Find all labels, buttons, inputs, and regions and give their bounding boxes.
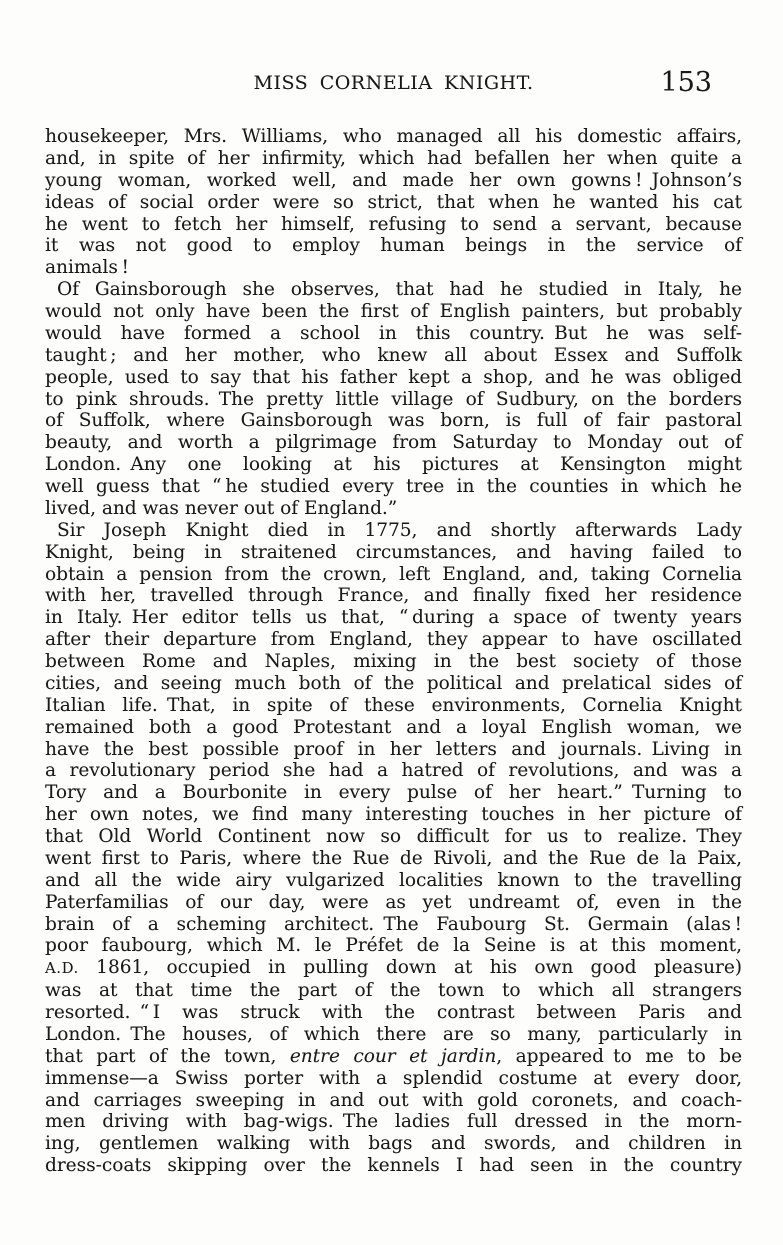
text-segment: that Old World Continent now so difficul… (45, 826, 742, 847)
text-segment: he went to fetch her himself, refusing t… (45, 214, 742, 235)
text-line: taught ; and her mother, who knew all ab… (45, 345, 742, 367)
text-segment: a revolutionary period she had a hatred … (45, 760, 742, 781)
text-segment: , appeared to me to be (496, 1046, 742, 1067)
text-line: animals ! (45, 257, 742, 279)
text-line: Paterfamilias of our day, were as yet un… (45, 892, 742, 914)
text-segment: taught ; and her mother, who knew all ab… (45, 345, 742, 366)
text-line: poor faubourg, which M. le Préfet de la … (45, 935, 742, 957)
text-segment: resorted. “ I was struck with the contra… (45, 1002, 742, 1023)
text-line: Sir Joseph Knight died in 1775, and shor… (45, 520, 742, 542)
text-line: after their departure from England, they… (45, 629, 742, 651)
text-segment: obtain a pension from the crown, left En… (45, 564, 742, 585)
text-line: young woman, worked well, and made her o… (45, 170, 742, 192)
text-segment: and all the wide airy vulgarized localit… (45, 870, 742, 891)
text-line: would not only have been the first of En… (45, 301, 742, 323)
text-line: in Italy. Her editor tells us that, “ du… (45, 607, 742, 629)
text-line: her own notes, we find many interesting … (45, 804, 742, 826)
text-line: lived, and was never out of England.” (45, 498, 742, 520)
text-segment: of Suffolk, where Gainsborough was born,… (45, 410, 742, 431)
text-segment: young woman, worked well, and made her o… (45, 170, 742, 191)
text-segment: in Italy. Her editor tells us that, “ du… (45, 607, 742, 628)
text-segment: 1861, occupied in pulling down at his ow… (79, 957, 742, 978)
text-segment: London. Any one looking at his pictures … (45, 454, 742, 475)
text-line: obtain a pension from the crown, left En… (45, 564, 742, 586)
page-text: housekeeper, Mrs. Williams, who managed … (45, 126, 742, 1177)
small-caps-abbreviation: A.D. (45, 960, 79, 977)
text-segment: between Rome and Naples, mixing in the b… (45, 651, 742, 672)
text-line: remained both a good Protestant and a lo… (45, 717, 742, 739)
text-segment: would have formed a school in this count… (45, 323, 742, 344)
text-line: resorted. “ I was struck with the contra… (45, 1002, 742, 1024)
text-line: he went to fetch her himself, refusing t… (45, 214, 742, 236)
text-line: brain of a scheming architect. The Faubo… (45, 914, 742, 936)
text-segment: Sir Joseph Knight died in 1775, and shor… (57, 520, 742, 541)
text-line: it was not good to employ human beings i… (45, 235, 742, 257)
text-line: was at that time the part of the town to… (45, 980, 742, 1002)
paragraph: housekeeper, Mrs. Williams, who managed … (45, 126, 742, 279)
text-segment: after their departure from England, they… (45, 629, 742, 650)
text-segment: Tory and a Bourbonite in every pulse of … (45, 782, 742, 803)
text-line: London. The houses, of which there are s… (45, 1024, 742, 1046)
text-segment: it was not good to employ human beings i… (45, 235, 742, 256)
text-line: would have formed a school in this count… (45, 323, 742, 345)
text-segment: would not only have been the first of En… (45, 301, 742, 322)
text-segment: cities, and seeing much both of the poli… (45, 673, 742, 694)
text-segment: was at that time the part of the town to… (45, 980, 742, 1001)
text-segment: and, in spite of her infirmity, which ha… (45, 148, 742, 169)
text-line: between Rome and Naples, mixing in the b… (45, 651, 742, 673)
text-segment: Of Gainsborough she observes, that had h… (57, 279, 742, 300)
text-segment: poor faubourg, which M. le Préfet de la … (45, 935, 742, 956)
text-segment: Paterfamilias of our day, were as yet un… (45, 892, 742, 913)
text-line: with her, travelled through France, and … (45, 585, 742, 607)
text-segment: to pink shrouds. The pretty little villa… (45, 389, 742, 410)
book-page: MISS CORNELIA KNIGHT. 153 housekeeper, M… (0, 0, 783, 1245)
text-line: have the best possible proof in her lett… (45, 739, 742, 761)
text-line: and carriages sweeping in and out with g… (45, 1090, 742, 1112)
paragraph: Sir Joseph Knight died in 1775, and shor… (45, 520, 742, 1177)
text-segment: well guess that “ he studied every tree … (45, 476, 742, 497)
text-line: and all the wide airy vulgarized localit… (45, 870, 742, 892)
text-segment: ing, gentlemen walking with bags and swo… (45, 1133, 742, 1154)
text-line: Of Gainsborough she observes, that had h… (45, 279, 742, 301)
text-segment: housekeeper, Mrs. Williams, who managed … (45, 126, 742, 147)
text-line: London. Any one looking at his pictures … (45, 454, 742, 476)
text-line: went first to Paris, where the Rue de Ri… (45, 848, 742, 870)
text-line: A.D. 1861, occupied in pulling down at h… (45, 957, 742, 980)
text-line: a revolutionary period she had a hatred … (45, 760, 742, 782)
text-segment: beauty, and worth a pilgrimage from Satu… (45, 432, 742, 453)
text-line: dress-coats skipping over the kennels I … (45, 1155, 742, 1177)
text-segment: ideas of social order were so strict, th… (45, 192, 742, 213)
text-line: to pink shrouds. The pretty little villa… (45, 389, 742, 411)
text-segment: men driving with bag-wigs. The ladies fu… (45, 1111, 742, 1132)
text-line: of Suffolk, where Gainsborough was born,… (45, 410, 742, 432)
text-line: housekeeper, Mrs. Williams, who managed … (45, 126, 742, 148)
text-line: cities, and seeing much both of the poli… (45, 673, 742, 695)
text-segment: people, used to say that his father kept… (45, 367, 742, 388)
text-line: that part of the town, entre cour et jar… (45, 1046, 742, 1068)
text-segment: went first to Paris, where the Rue de Ri… (45, 848, 742, 869)
text-line: Italian life. That, in spite of these en… (45, 695, 742, 717)
paragraph: Of Gainsborough she observes, that had h… (45, 279, 742, 520)
text-line: immense—a Swiss porter with a splendid c… (45, 1068, 742, 1090)
text-line: men driving with bag-wigs. The ladies fu… (45, 1111, 742, 1133)
text-line: Tory and a Bourbonite in every pulse of … (45, 782, 742, 804)
page-number: 153 (660, 69, 712, 96)
text-line: people, used to say that his father kept… (45, 367, 742, 389)
text-segment: remained both a good Protestant and a lo… (45, 717, 742, 738)
text-segment: London. The houses, of which there are s… (45, 1024, 742, 1045)
text-segment: animals ! (45, 257, 129, 278)
text-line: beauty, and worth a pilgrimage from Satu… (45, 432, 742, 454)
text-line: well guess that “ he studied every tree … (45, 476, 742, 498)
text-segment: her own notes, we find many interesting … (45, 804, 742, 825)
italic-phrase: entre cour et jardin (290, 1046, 496, 1067)
text-segment: have the best possible proof in her lett… (45, 739, 742, 760)
text-segment: and carriages sweeping in and out with g… (45, 1090, 742, 1111)
text-line: ideas of social order were so strict, th… (45, 192, 742, 214)
text-segment: brain of a scheming architect. The Faubo… (45, 914, 742, 935)
text-line: Knight, being in straitened circumstance… (45, 542, 742, 564)
text-line: ing, gentlemen walking with bags and swo… (45, 1133, 742, 1155)
text-segment: dress-coats skipping over the kennels I … (45, 1155, 742, 1176)
text-segment: Italian life. That, in spite of these en… (45, 695, 742, 716)
text-segment: immense—a Swiss porter with a splendid c… (45, 1068, 742, 1089)
text-segment: with her, travelled through France, and … (45, 585, 742, 606)
text-line: that Old World Continent now so difficul… (45, 826, 742, 848)
text-segment: Knight, being in straitened circumstance… (45, 542, 742, 563)
page-header-title: MISS CORNELIA KNIGHT. (45, 74, 742, 93)
text-line: and, in spite of her infirmity, which ha… (45, 148, 742, 170)
text-segment: that part of the town, (45, 1046, 290, 1067)
text-segment: lived, and was never out of England.” (45, 498, 397, 519)
